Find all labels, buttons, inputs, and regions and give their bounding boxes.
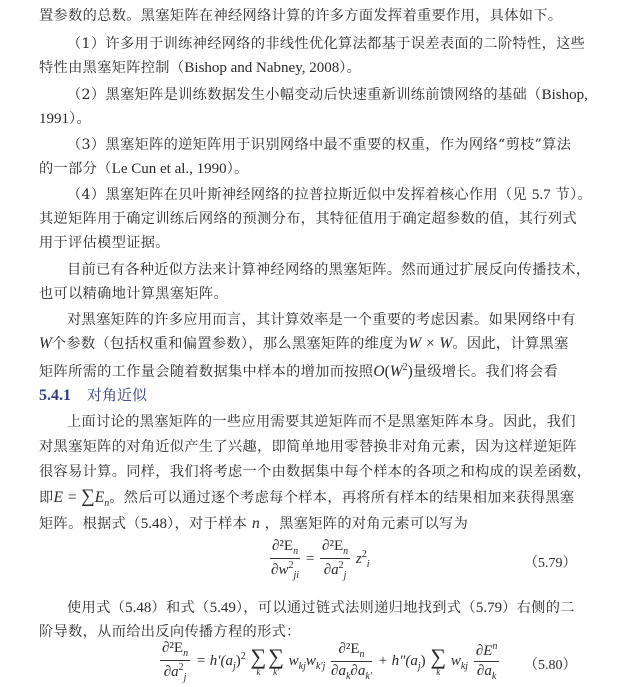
text: ），对于样本 — [167, 516, 247, 532]
text: （3）黑塞矩阵的逆矩阵用于识别网络中最不重要的权重，作为网络“剪枝”算法 — [67, 137, 571, 153]
list-item-4: （4）黑塞矩阵在贝叶斯神经网络的拉普拉斯近似中发挥着核心作用（见 5.7 节）。 — [67, 185, 599, 205]
paragraph-efficiency-l3: 矩阵所需的工作量会随着数据集中样本的增加而按照O(W2)量级增长。我们将会看 — [39, 358, 599, 382]
equation-5-79: ∂²En ∂w2ji = ∂²En ∂a2j z2i — [268, 538, 370, 581]
fraction: ∂²En ∂a2j — [160, 640, 190, 683]
paragraph-diag: 上面讨论的黑塞矩阵的一些应用需要其逆矩阵而不是黑塞矩阵本身。因此，我们 — [67, 412, 599, 432]
text: ）和式（ — [151, 600, 209, 616]
text: ，黑塞矩阵的对角元素可以写为 — [265, 516, 469, 532]
text: 其逆矩阵用于确定训练后网络的预测分布，其特征值用于确定超参数的值，其行列式 — [39, 211, 577, 227]
text: 很容易计算。同样，我们将考虑一个由数据集中每个样本的各项之和构成的误差函数， — [39, 464, 591, 480]
section-heading: 5.4.1对角近似 — [39, 384, 147, 405]
section-title: 对角近似 — [87, 386, 147, 404]
list-item-2-cont: 1991）。 — [39, 109, 599, 129]
paragraph-intro-tail: 置参数的总数。黑塞矩阵在神经网络计算的许多方面发挥着重要作用，具体如下。 — [39, 6, 599, 26]
equation-5-80: ∂²En ∂a2j = h′(aj)2 ∑k∑k′ wkjwk′j ∂²En ∂… — [158, 640, 501, 683]
equation-number: （5.79） — [524, 552, 577, 572]
text: （2）黑塞矩阵是训练数据发生小幅变动后快速重新训练前馈网络的基础（ — [67, 87, 542, 103]
paragraph-chain: 使用式（5.48）和式（5.49），可以通过链式法则递归地找到式（5.79）右侧… — [67, 598, 599, 618]
text: 矩阵。根据式（ — [39, 516, 141, 532]
paragraph-approx: 目前已有各种近似方法来计算神经网络的黑塞矩阵。然而通过扩展反向传播技术， — [67, 260, 599, 280]
text: 也可以精确地计算黑塞矩阵。 — [39, 286, 228, 302]
text: 对黑塞矩阵的许多应用而言，其计算效率是一个重要的考虑因素。如果网络中有 — [67, 312, 576, 328]
math-sum-expr: E = ∑En — [54, 489, 110, 506]
math-expr: W × W — [408, 335, 452, 352]
list-item-4-cont2: 用于评估模型证据。 — [39, 233, 599, 253]
equation-ref: 5.48 — [141, 516, 167, 532]
equation-ref: 5.79 — [476, 600, 502, 616]
list-item-2: （2）黑塞矩阵是训练数据发生小幅变动后快速重新训练前馈网络的基础（Bishop, — [67, 85, 599, 105]
text: 矩阵所需的工作量会随着数据集中样本的增加而按照 — [39, 364, 373, 380]
citation: Bishop and Nabney, 2008 — [184, 60, 339, 76]
text: 目前已有各种近似方法来计算神经网络的黑塞矩阵。然而通过扩展反向传播技术， — [67, 262, 590, 278]
text: ）右侧的二 — [502, 600, 575, 616]
text: 用于评估模型证据。 — [39, 235, 170, 251]
citation: Bishop, — [542, 87, 588, 103]
summation: ∑k — [251, 647, 267, 677]
text: 对黑塞矩阵的对角近似产生了兴趣，即简单地用零替换非对角元素，因为这样逆矩阵 — [39, 439, 577, 455]
text: 。然后可以通过逐个考虑每个样本，再将所有样本的结果相加来获得黑塞 — [109, 490, 574, 506]
text: （1）许多用于训练神经网络的非线性优化算法都基于误差表面的二阶特性，这些 — [67, 36, 585, 52]
text: ）。 — [69, 111, 91, 127]
math-var: n — [252, 515, 260, 532]
list-item-3-cont: 的一部分（Le Cun et al., 1990）。 — [39, 159, 599, 179]
text: （4）黑塞矩阵在贝叶斯神经网络的拉普拉斯近似中发挥着核心作用（见 — [67, 187, 527, 203]
section-number: 5.4.1 — [39, 387, 71, 404]
paragraph-efficiency: 对黑塞矩阵的许多应用而言，其计算效率是一个重要的考虑因素。如果网络中有 — [67, 310, 599, 330]
citation-year: 1991 — [39, 111, 69, 127]
equation-number: （5.80） — [524, 654, 577, 674]
fraction: ∂²En ∂ak∂ak′ — [331, 641, 372, 682]
fraction: ∂∂EEn ∂ak — [474, 641, 500, 682]
list-item-3: （3）黑塞矩阵的逆矩阵用于识别网络中最不重要的权重，作为网络“剪枝”算法 — [67, 135, 599, 155]
text: 。因此，计算黑塞 — [452, 336, 568, 352]
text: 置参数的总数。黑塞矩阵在神经网络计算的许多方面发挥着重要作用，具体如下。 — [39, 8, 562, 24]
paragraph-diag-l2: 对黑塞矩阵的对角近似产生了兴趣，即简单地用零替换非对角元素，因为这样逆矩阵 — [39, 437, 599, 457]
math-var: W — [39, 335, 52, 352]
list-item-4-cont: 其逆矩阵用于确定训练后网络的预测分布，其特征值用于确定超参数的值，其行列式 — [39, 209, 599, 229]
text: 阶导数，从而给出反向传播方程的形式： — [39, 624, 301, 640]
text: 使用式（ — [67, 600, 125, 616]
summation: ∑k′ — [268, 647, 284, 677]
text: ）。 — [339, 60, 361, 76]
paragraph-diag-l3: 很容易计算。同样，我们将考虑一个由数据集中每个样本的各项之和构成的误差函数， — [39, 462, 599, 482]
math-big-o: O(W2) — [373, 363, 412, 380]
paragraph-diag-l5: 矩阵。根据式（5.48），对于样本 n ，黑塞矩阵的对角元素可以写为 — [39, 514, 599, 534]
list-item-1-cont: 特性由黑塞矩阵控制（Bishop and Nabney, 2008）。 — [39, 58, 599, 78]
fraction: ∂²En ∂a2j — [320, 538, 350, 581]
equation-ref: 5.49 — [210, 600, 236, 616]
citation: Le Cun et al., 1990 — [112, 161, 227, 177]
fraction: ∂²En ∂w2ji — [270, 538, 300, 581]
text: 上面讨论的黑塞矩阵的一些应用需要其逆矩阵而不是黑塞矩阵本身。因此，我们 — [67, 414, 576, 430]
text: ）。 — [227, 161, 249, 177]
paragraph-chain-l2: 阶导数，从而给出反向传播方程的形式： — [39, 622, 599, 642]
list-item-1: （1）许多用于训练神经网络的非线性优化算法都基于误差表面的二阶特性，这些 — [67, 34, 599, 54]
text: ），可以通过链式法则递归地找到式（ — [236, 600, 476, 616]
text: 即 — [39, 490, 54, 506]
text: 量级增长。我们将会看 — [413, 364, 558, 380]
summation: ∑k — [430, 647, 446, 677]
paragraph-diag-l4: 即E = ∑En。然后可以通过逐个考虑每个样本，再将所有样本的结果相加来获得黑塞 — [39, 487, 599, 514]
text: 特性由黑塞矩阵控制（ — [39, 60, 184, 76]
section-ref: 5.7 — [532, 187, 551, 203]
paragraph-efficiency-l2: W个参数（包括权重和偏置参数），那么黑塞矩阵的维度为W × W。因此，计算黑塞 — [39, 334, 599, 354]
text: 个参数（包括权重和偏置参数），那么黑塞矩阵的维度为 — [52, 336, 408, 352]
text: 节）。 — [556, 187, 593, 203]
equation-ref: 5.48 — [125, 600, 151, 616]
paragraph-approx-cont: 也可以精确地计算黑塞矩阵。 — [39, 284, 599, 304]
textbook-page: 置参数的总数。黑塞矩阵在神经网络计算的许多方面发挥着重要作用，具体如下。 （1）… — [0, 0, 623, 687]
text: 的一部分（ — [39, 161, 112, 177]
